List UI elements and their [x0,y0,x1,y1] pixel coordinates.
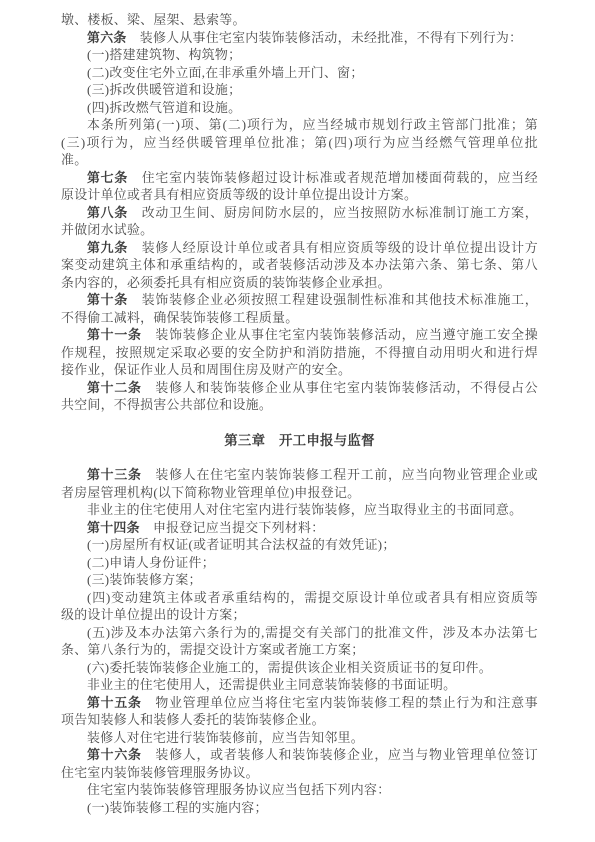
text-line: 第八条 改动卫生间、厨房间防水层的，应当按照防水标准制订施工方案， [61,205,538,223]
text-line: 第十三条 装修人在住宅室内装饰装修工程开工前，应当向物业管理企业或 [61,467,538,485]
text-line: 第六条 装修人从事住宅室内装饰装修活动，未经批准，不得有下列行为： [61,30,538,48]
text-line: 共空间，不得损害公共部位和设施。 [61,397,538,415]
text-line: 第十四条 申报登记应当提交下列材料： [61,520,538,538]
text-line: 第七条 住宅室内装饰装修超过设计标准或者规范增加楼面荷载的，应当经 [61,170,538,188]
text-line: 第十二条 装修人和装饰装修企业从事住宅室内装饰装修活动，不得侵占公 [61,380,538,398]
text-line: 不得偷工减料，确保装饰装修工程质量。 [61,310,538,328]
article-number: 第十三条 [87,468,142,482]
text-line: (三)拆改供暖管道和设施； [61,82,538,100]
text-line: 作规程，按照规定采取必要的安全防护和消防措施，不得擅自动用明火和进行焊 [61,345,538,363]
text-line: 第九条 装修人经原设计单位或者具有相应资质等级的设计单位提出设计方 [61,240,538,258]
text-line: 第十条 装饰装修企业必须按照工程建设强制性标准和其他技术标准施工， [61,292,538,310]
text-line: 项告知装修人和装修人委托的装饰装修企业。 [61,712,538,730]
text-line: 非业主的住宅使用人，还需提供业主同意装饰装修的书面证明。 [61,677,538,695]
article-number: 第十条 [87,293,128,307]
text-line: (四)变动建筑主体或者承重结构的，需提交原设计单位或者具有相应资质等 [61,590,538,608]
article-number: 第十四条 [87,521,140,535]
document-body: 墩、楼板、梁、屋架、悬索等。第六条 装修人从事住宅室内装饰装修活动，未经批准，不… [61,12,538,817]
text-line: 原设计单位或者具有相应资质等级的设计单位提出设计方案。 [61,187,538,205]
text-line: (四)拆改燃气管道和设施。 [61,100,538,118]
text-line: 第十六条 装修人，或者装修人和装饰装修企业，应当与物业管理单位签订 [61,747,538,765]
text-line: (一)搭建建筑物、构筑物； [61,47,538,65]
text-line: (一)装饰装修工程的实施内容； [61,800,538,818]
text-line: (三)项行为，应当经供暖管理单位批准；第(四)项行为应当经燃气管理单位批 [61,135,538,153]
text-line: (二)改变住宅外立面,在非承重外墙上开门、窗； [61,65,538,83]
text-line: 住宅室内装饰装修管理服务协议。 [61,765,538,783]
text-line: 接作业，保证作业人员和周围住房及财产的安全。 [61,362,538,380]
text-line: 本条所列第(一)项、第(二)项行为，应当经城市规划行政主管部门批准；第 [61,117,538,135]
text-line: 墩、楼板、梁、屋架、悬索等。 [61,12,538,30]
text-line: 第十一条 装饰装修企业从事住宅室内装饰装修活动，应当遵守施工安全操 [61,327,538,345]
article-number: 第八条 [87,206,128,220]
text-line: 条、第八条行为的，需提交设计方案或者施工方案； [61,642,538,660]
text-line: 第十五条 物业管理单位应当将住宅室内装饰装修工程的禁止行为和注意事 [61,695,538,713]
text-line: 准。 [61,152,538,170]
article-number: 第七条 [87,171,128,185]
article-number: 第六条 [87,31,127,45]
text-line: 案变动建筑主体和承重结构的，或者装修活动涉及本办法第六条、第七条、第八 [61,257,538,275]
blank-line [61,450,538,468]
text-line: 非业主的住宅使用人对住宅室内进行装饰装修，应当取得业主的书面同意。 [61,502,538,520]
article-number: 第十五条 [87,696,142,710]
text-line: 条内容的，必须委托具有相应资质的装饰装修企业承担。 [61,275,538,293]
text-line: (三)装饰装修方案； [61,572,538,590]
text-line: 装修人对住宅进行装饰装修前，应当告知邻里。 [61,730,538,748]
document-page: 墩、楼板、梁、屋架、悬索等。第六条 装修人从事住宅室内装饰装修活动，未经批准，不… [0,0,595,842]
text-line: 级的设计单位提出的设计方案； [61,607,538,625]
article-number: 第十一条 [87,328,142,342]
text-line: 住宅室内装饰装修管理服务协议应当包括下列内容： [61,782,538,800]
article-number: 第九条 [87,241,128,255]
text-line: (五)涉及本办法第六条行为的,需提交有关部门的批准文件，涉及本办法第七 [61,625,538,643]
text-line: (二)申请人身份证件； [61,555,538,573]
article-number: 第十六条 [87,748,142,762]
text-line: 并做闭水试验。 [61,222,538,240]
chapter-heading: 第三章 开工申报与监督 [61,432,538,450]
text-line: 者房屋管理机构(以下简称物业管理单位)申报登记。 [61,485,538,503]
text-line: (六)委托装饰装修企业施工的，需提供该企业相关资质证书的复印件。 [61,660,538,678]
text-line: (一)房屋所有权证(或者证明其合法权益的有效凭证)； [61,537,538,555]
blank-line [61,415,538,433]
article-number: 第十二条 [87,381,142,395]
